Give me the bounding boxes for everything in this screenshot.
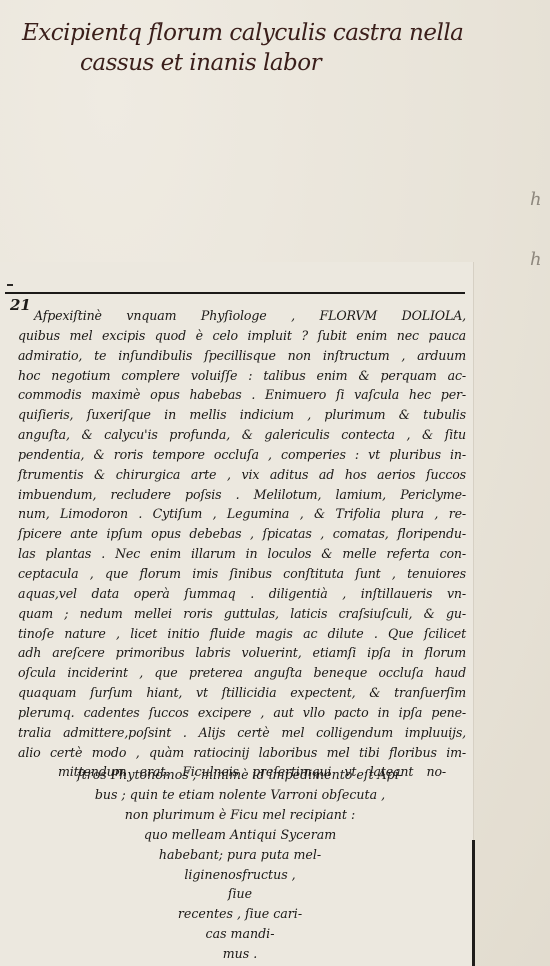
taper-line: mus . [20,944,460,964]
text-line: quiſieris, ſuxeriſque in mellis indicium… [18,405,466,425]
text-line: alio certè modo , quàm ratiocinij labori… [18,743,466,763]
slip-edge-rule [472,840,475,966]
text-line: las plantas . Nec enim illarum in loculo… [18,544,466,564]
text-line: ceptacula , que florum imis ſinibus conſ… [18,564,466,584]
text-line: Afpexiſtinè vnquam Phyſiologe , FLORVM D… [18,306,466,326]
taper-line: bus ; quin te etiam nolente Varroni obſe… [20,785,460,805]
taper-line: ſiue [20,884,460,904]
text-line: ſpicere ante ipſum opus debebas , ſpicat… [18,524,466,544]
margin-mark: h [530,230,548,290]
text-line: quibus mel excipis quod è celo impluit ?… [18,326,466,346]
text-line: quaquam ſurſum hiant, vt ſtillicidia exp… [18,683,466,703]
text-line: imbuendum, recludere poſsis . Melilotum,… [18,485,466,505]
text-line: hoc negotium complere voluiſſe : talibus… [18,366,466,386]
text-line: tinoſe nature , licet initio fluide magi… [18,624,466,644]
margin-mark: h [530,170,548,230]
text-line: quam ; nedum mellei roris guttulas, lati… [18,604,466,624]
taper-line: habebant; pura puta mel- [20,845,460,865]
text-line: admiratio, te inſundibulis ſpecillisque … [18,346,466,366]
text-line: pendentia, & roris tempore occluſa , com… [18,445,466,465]
taper-line: liginenosfructus , [20,865,460,885]
text-line: commodis maximè opus habebas . Enimuero … [18,385,466,405]
text-line: adh areſcere primoribus labris voluerint… [18,643,466,663]
text-line: anguſta, & calycu'is profunda, & galeric… [18,425,466,445]
handwritten-line-2: cassus et inanis labor [22,48,542,78]
text-line: num, Limodoron . Cytiſum , Legumina , & … [18,504,466,524]
taper-line: cas mandi- [20,924,460,944]
margin-marks: h h [530,170,548,290]
taper-line: ſtros Phytonomos ; minimè id impedimento… [20,765,460,785]
text-line: aquas,vel data operà ſummaq . diligentià… [18,584,466,604]
text-line: oſcula inciderint , que preterea anguſta… [18,663,466,683]
text-line: tralia admittere,poſsint . Alijs certè m… [18,723,466,743]
printed-paragraph: Afpexiſtinè vnquam Phyſiologe , FLORVM D… [18,306,466,782]
taper-line: non plurimum è Ficu mel recipiant : [20,805,460,825]
text-line: ſtrumentis & chirurgica arte , vix aditu… [18,465,466,485]
handwritten-annotation: Excipientq florum calyculis castra nella… [22,18,542,78]
handwritten-line-1: Excipientq florum calyculis castra nella [22,18,542,48]
tapered-text-block: ſtros Phytonomos ; minimè id impedimento… [20,765,460,964]
taper-line: recentes , ſiue cari- [20,904,460,924]
tick-mark [7,284,13,286]
text-line: plerumq. cadentes ſuccos excipere , aut … [18,703,466,723]
taper-line: quo melleam Antiqui Syceram [20,825,460,845]
header-rule [5,292,465,294]
